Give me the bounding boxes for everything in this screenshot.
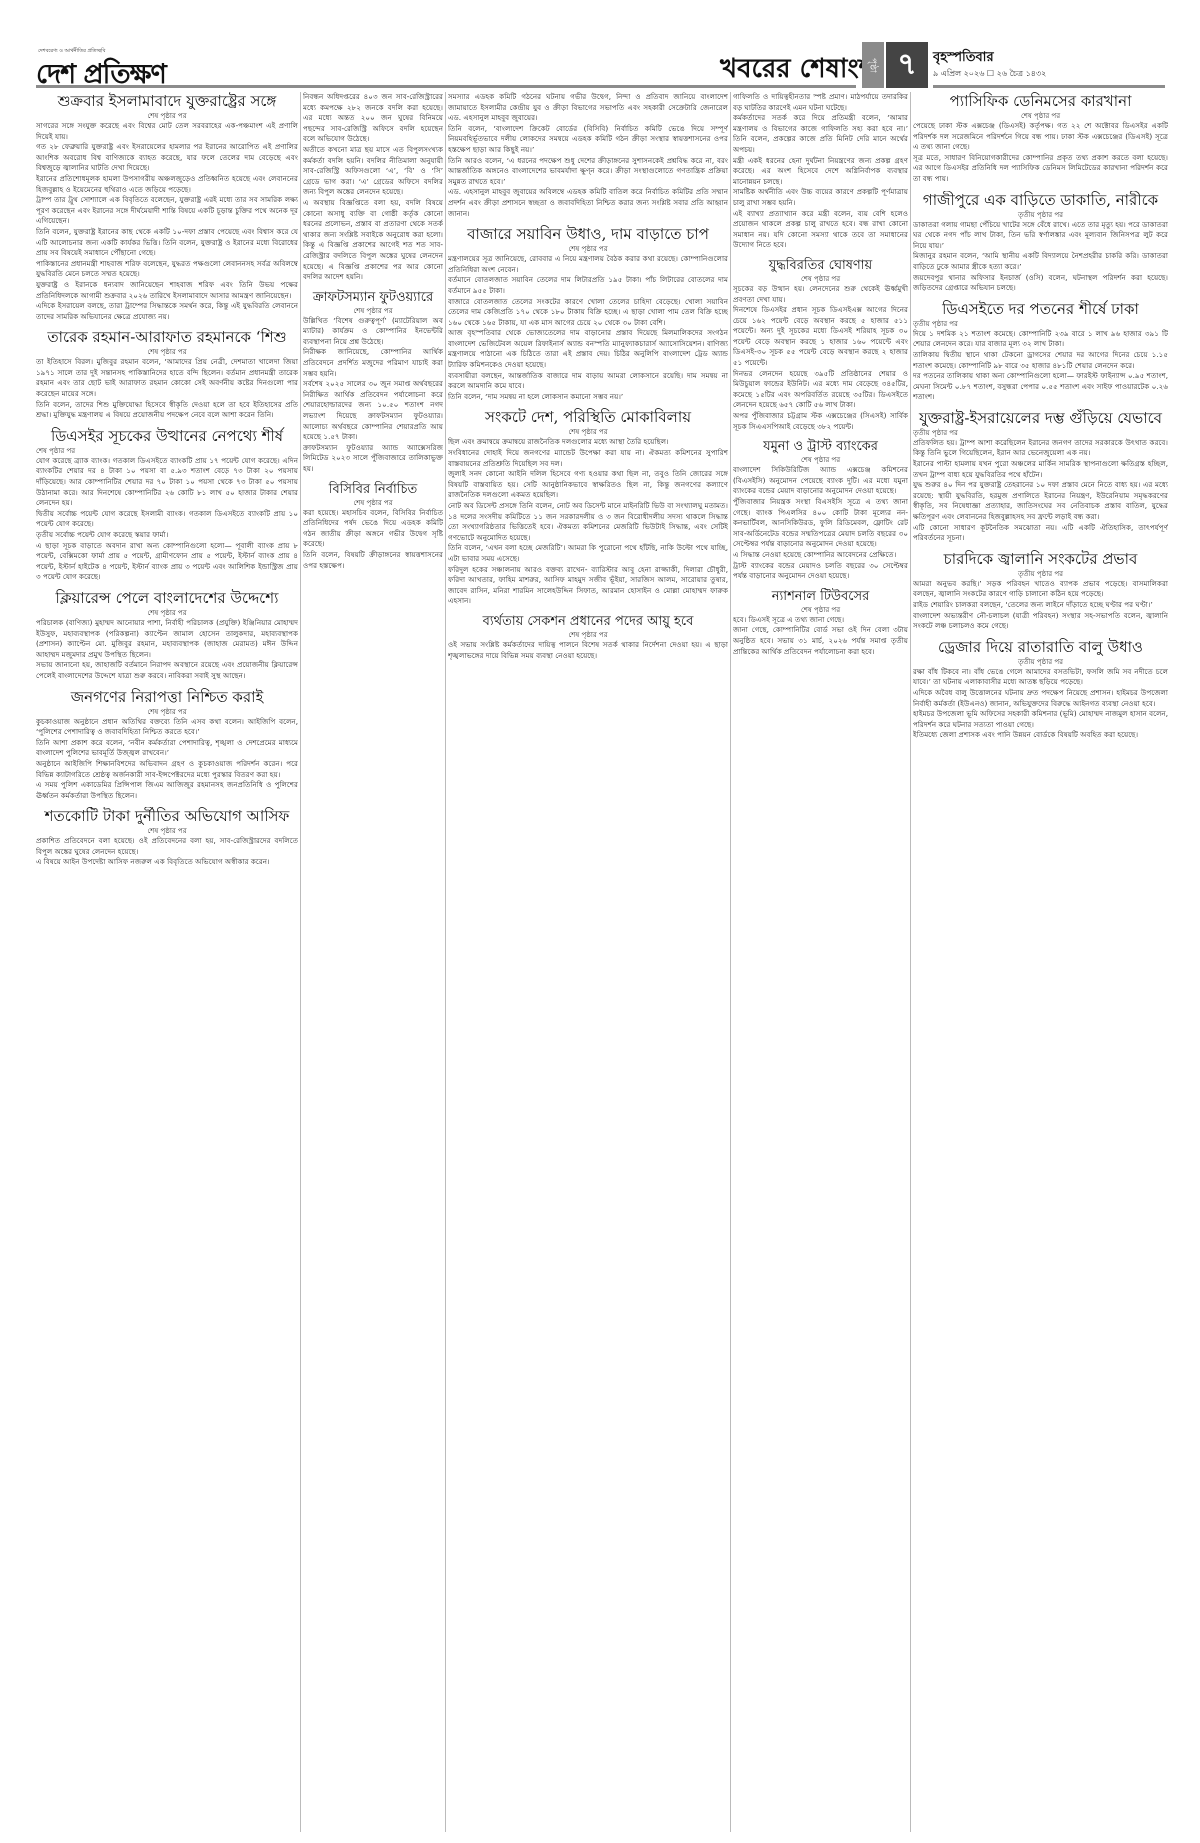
paragraph: তিনি বলেন, বিষয়টি ক্রীড়াঙ্গনের স্বায়ত… — [303, 550, 443, 571]
paragraph: তালিকায় দ্বিতীয় স্থানে থাকা টেকনো ড্রা… — [913, 350, 1168, 371]
paragraph: ব্যবসায়ীরা বলছেন, আন্তর্জাতিক বাজারে দা… — [448, 371, 728, 392]
continued-label: শেষ পৃষ্ঠার পর — [733, 274, 908, 284]
column-divider — [730, 92, 731, 1832]
paragraph: গত ২৮ ফেব্রুয়ারি যুক্তরাষ্ট্র এবং ইসরায… — [36, 142, 298, 174]
article-national-tubes[interactable]: ন্যাশনাল টিউবসের শেষ পৃষ্ঠার পর হবে। ডিএ… — [733, 588, 908, 657]
headline[interactable]: শতকোটি টাকা দুর্নীতির অভিযোগ আসিফ — [36, 807, 298, 826]
paragraph: ট্রাম্প তার ট্রুথ সোশ্যালে এক বিবৃতিতে ব… — [36, 195, 298, 227]
section-title: খবরের শেষাংশ — [720, 48, 874, 92]
paragraph: তিনি বলেন, যুক্তরাষ্ট্র ইরানের কাছ থেকে … — [36, 227, 298, 259]
paragraph: জানা গেছে, কোম্পানিটির বোর্ড সভা ওই দিন … — [733, 625, 908, 657]
paragraph: কুচকাওয়াজ অনুষ্ঠানে প্রধান অতিথির বক্তব… — [36, 717, 298, 738]
paragraph: সমস্যার এডহক কমিটি গঠনের ঘটনায় গভীর উদ্… — [448, 92, 728, 124]
paragraph: সামষ্টিক অর্থনীতি এবং উচ্চ ব্যয়ের কারণে… — [733, 187, 908, 208]
continued-label: শেষ পৃষ্ঠার পর — [36, 446, 298, 456]
headline[interactable]: যমুনা ও ট্রাস্ট ব্যাংকের — [733, 438, 908, 455]
column-5: প্যাসিফিক ডেনিমসের কারখানা শেষ পৃষ্ঠার প… — [913, 92, 1168, 1832]
continued-label: শেষ পৃষ্ঠার পর — [733, 605, 908, 615]
headline[interactable]: যুক্তরাষ্ট্র-ইসরায়েলের দম্ভ গুঁড়িয়ে য… — [913, 409, 1168, 428]
paragraph: ট্রাস্ট ব্যাংকের বন্ডের মেয়াদও চলতি বছর… — [733, 561, 908, 582]
article-craftsman-footwear[interactable]: ক্রাফটসম্যান ফুটওয়্যারে শেষ পৃষ্ঠার পর … — [303, 289, 443, 475]
paragraph: জয়দেবপুর থানার অফিসার ইনচার্জ (ওসি) বলে… — [913, 273, 1168, 294]
headline[interactable]: প্যাসিফিক ডেনিমসের কারখানা — [913, 92, 1168, 111]
column-1: শুক্রবার ইসলামাবাদে যুক্তরাষ্ট্রের সঙ্গে… — [36, 92, 298, 1832]
issue-day: বৃহস্পতিবার — [933, 48, 994, 69]
article-negligence[interactable]: গাফিলতি ও দায়িত্বহীনতার স্পষ্ট প্রমাণ। … — [733, 92, 908, 251]
paragraph: ডাকাতরা গলায় গামছা পেঁচিয়ে খাটের সঙ্গে… — [913, 220, 1168, 252]
paragraph: রক্ষা বাঁধ টিকবে না। বাঁধ ভেঙে গেলে আমাদ… — [913, 667, 1168, 688]
continued-label: শেষ পৃষ্ঠার পর — [36, 707, 298, 717]
continued-label: শেষ পৃষ্ঠার পর — [913, 111, 1168, 121]
continued-label: শেষ পৃষ্ঠার পর — [448, 630, 728, 640]
paragraph: এ ছাড়া সূচক বাড়াতে অবদান রাখা অন্য কোম… — [36, 541, 298, 583]
article-public-safety[interactable]: জনগণের নিরাপত্তা নিশ্চিত করাই শেষ পৃষ্ঠা… — [36, 688, 298, 802]
paragraph: মন্ত্রী একই ধরনের হেনা দুর্ঘটনা নিয়ন্ত্… — [733, 156, 908, 188]
article-subregistrar-transfer[interactable]: নিবন্ধন অধিদপ্তরের ৪০৩ জন সাব-রেজিস্ট্রা… — [303, 92, 443, 283]
headline[interactable]: ন্যাশনাল টিউবসের — [733, 588, 908, 605]
paragraph: সভায় জানানো হয়, জাহাজটি বর্তমানে নিরাপ… — [36, 660, 298, 681]
continued-label: শেষ পৃষ্ঠার পর — [36, 608, 298, 618]
page-label: পৃষ্ঠা — [862, 42, 884, 88]
paragraph: ফরিদুল হকের সঞ্চালনায় আরও বক্তব্য রাখেন… — [448, 565, 728, 607]
paragraph: কর্মকর্তাদের সতর্ক করে দিয়ে প্রতিমন্ত্র… — [733, 113, 908, 155]
paragraph: সর্বশেষ ২০২৫ সালের ৩০ জুন সমাপ্ত অর্থবছর… — [303, 379, 443, 443]
headline[interactable]: শুক্রবার ইসলামাবাদে যুক্তরাষ্ট্রের সঙ্গে — [36, 92, 298, 111]
headline[interactable]: গাজীপুরে এক বাড়িতে ডাকাতি, নারীকে — [913, 191, 1168, 210]
headline[interactable]: বাজারে সয়াবিন উধাও, দাম বাড়াতে চাপ — [448, 225, 728, 244]
paragraph: এ সিদ্ধান্ত নেওয়া হয়েছে কোম্পানির আবেদ… — [733, 550, 908, 561]
paragraph: পরিচালক (বাণিজ্য) মুহাম্মদ আনোয়ার পাশা,… — [36, 618, 298, 660]
continued-label: শেষ পৃষ্ঠার পর — [733, 455, 908, 465]
paragraph: এড. এহসানুল মাহবুব জুবায়ের অবিলম্বে এডহ… — [448, 187, 728, 219]
paragraph: আমরা অনুভব করছি।’ সড়ক পরিবহন খাতেও ব্যা… — [913, 579, 1168, 600]
headline[interactable]: ডিএসইর সূচকের উত্থানের নেপথ্যে শীর্ষ — [36, 427, 298, 446]
paragraph: দর পতনের তালিকায় থাকা অন্য কোম্পানিগুলো… — [913, 371, 1168, 403]
paragraph: তিনি বলেন, ‘এখন বলা হচ্ছে মেজরিটি’। আমরা… — [448, 543, 728, 564]
paragraph: এদিকে অবৈধ বালু উত্তোলনের ঘটনায় দ্রুত প… — [913, 688, 1168, 709]
article-islamabad-talks[interactable]: শুক্রবার ইসলামাবাদে যুক্তরাষ্ট্রের সঙ্গে… — [36, 92, 298, 322]
paragraph: বাংলাদেশ সিকিউরিটিজ অ্যান্ড এক্সচেঞ্জ কম… — [733, 465, 908, 497]
continued-label: শেষ পৃষ্ঠার পর — [36, 111, 298, 121]
paragraph: তৃতীয় সর্বোচ্চ পয়েন্ট যোগ করেছে স্কয়া… — [36, 530, 298, 541]
continued-label: তৃতীয় পৃষ্ঠার পর — [913, 657, 1168, 667]
article-tarek-arafat[interactable]: তারেক রহমান-আরাফাত রহমানকে ‘শিশু শেষ পৃষ… — [36, 328, 298, 421]
paragraph: বর্তমানে বোতলজাত সয়াবিন তেলের দাম লিটার… — [448, 275, 728, 296]
headline[interactable]: সংকটে দেশ, পরিস্থিতি মোকাবিলায় — [448, 408, 728, 427]
paragraph: সাগরের সঙ্গে সংযুক্ত করেছে এবং বিশ্বের ম… — [36, 121, 298, 142]
column-divider — [910, 92, 911, 1832]
paragraph: যুক্তরাষ্ট্র ও ইরানকে ধন্যবাদ জানিয়েছেন… — [36, 280, 298, 301]
paragraph: পুঁজিবাজার নিয়ন্ত্রক সংস্থা বিএসইসি সূত… — [733, 497, 908, 550]
paragraph: পেয়েছে ঢাকা স্টক এক্সচেঞ্জ (ডিএসই) কর্ত… — [913, 121, 1168, 153]
paragraph: নিবন্ধন অধিদপ্তরের ৪০৩ জন সাব-রেজিস্ট্রা… — [303, 92, 443, 145]
paragraph: দিয়ে ১ দশমিক ২১ শতাংশ কমেছে। কোম্পানিটি… — [913, 329, 1168, 350]
headline[interactable]: ক্রাফটসম্যান ফুটওয়্যারে — [303, 289, 443, 306]
continued-label: শেষ পৃষ্ঠার পর — [303, 498, 443, 508]
paragraph: প্রতিফলিত হয়। ট্রাম্প আশা করেছিলেন ইরান… — [913, 438, 1168, 459]
paragraph: দ্বিতীয় সর্বোচ্চ পয়েন্ট যোগ করেছে ইসলা… — [36, 509, 298, 530]
paragraph: উল্লিখিত ‘বিশেষ গুরুত্বপূর্ণ’ (ম্যাটেরিয… — [303, 316, 443, 348]
article-section-chief[interactable]: ব্যর্থতায় সেকশন প্রধানের পদের আয়ু হবে … — [448, 613, 728, 661]
paragraph: অনুষ্ঠানে আইজিপি শিক্ষানবিশদের অভিবাদন গ… — [36, 759, 298, 780]
paragraph: এ সময় পুলিশ একাডেমির প্রিন্সিপাল জিএম আ… — [36, 780, 298, 801]
paragraph: অতীতে কখনো মাত্র ছয় মাসে এত বিপুলসংখ্যক… — [303, 145, 443, 198]
column-divider — [300, 92, 301, 1832]
paragraph: ছিল এবং ক্রমান্বয়ে ক্রমান্বয়ে রাজনৈতিক… — [448, 437, 728, 448]
paragraph: ক্রাফটসম্যান ফুটওয়্যার অ্যান্ড অ্যাক্সে… — [303, 443, 443, 475]
paragraph: মন্ত্রণালয়ের সূত্র জানিয়েছে, রোববার এ … — [448, 254, 728, 275]
paragraph: সূত্র মতে, সাধারণ বিনিয়োগকারীদের কোম্পা… — [913, 153, 1168, 185]
paragraph: করা হয়েছে। মহাসচিব বলেন, বিসিবির নির্বা… — [303, 508, 443, 550]
paragraph: তিনি আশা প্রকাশ করে বলেন, ‘নবীন কর্মকর্ত… — [36, 738, 298, 759]
article-corruption-asif[interactable]: শতকোটি টাকা দুর্নীতির অভিযোগ আসিফ শেষ পৃ… — [36, 807, 298, 868]
column-divider — [445, 92, 446, 1832]
headline[interactable]: জনগণের নিরাপত্তা নিশ্চিত করাই — [36, 688, 298, 707]
column-3: সমস্যার এডহক কমিটি গঠনের ঘটনায় গভীর উদ্… — [448, 92, 728, 1832]
paragraph: এই ব্যাখ্যা প্রত্যাখ্যান করে মন্ত্রী বলে… — [733, 209, 908, 251]
paragraph: দিনশেষে ডিএসইর প্রধান সূচক ডিএসইএক্স আগে… — [733, 305, 908, 369]
continued-label: শেষ পৃষ্ঠার পর — [303, 306, 443, 316]
paragraph: তিনি বলেন, তাদের শিশু মুক্তিযোদ্ধা হিসেব… — [36, 400, 298, 421]
headline[interactable]: ব্যর্থতায় সেকশন প্রধানের পদের আয়ু হবে — [448, 613, 728, 630]
paragraph: নিরীক্ষক জানিয়েছে, কোম্পানির আর্থিক প্র… — [303, 347, 443, 379]
headline[interactable]: ড্রেজার দিয়ে রাতারাতি বালু উধাও — [913, 638, 1168, 657]
article-us-israel-arrogance[interactable]: যুক্তরাষ্ট্র-ইসরায়েলের দম্ভ গুঁড়িয়ে য… — [913, 409, 1168, 544]
date-rule — [933, 85, 1165, 88]
article-dredger-sand[interactable]: ড্রেজার দিয়ে রাতারাতি বালু উধাও তৃতীয় … — [913, 638, 1168, 741]
continued-label: তৃতীয় পৃষ্ঠার পর — [913, 569, 1168, 579]
column-4: গাফিলতি ও দায়িত্বহীনতার স্পষ্ট প্রমাণ। … — [733, 92, 908, 1832]
continued-label: তৃতীয় পৃষ্ঠার পর — [913, 319, 1168, 329]
headline[interactable]: যুদ্ধবিরতির ঘোষণায় — [733, 257, 908, 274]
paragraph: নোট অব ডিসেন্ট প্রসঙ্গে তিনি বলেন, নোট অ… — [448, 501, 728, 543]
issue-date: ৯ এপ্রিল ২০২৬ ☐ ২৬ চৈত্র ১৪৩২ — [933, 68, 1046, 81]
paragraph: বাংলাদেশ অভ্যন্তরীণ নৌ-চলাচল (যাত্রী পরি… — [913, 611, 1168, 632]
paragraph: ইরানের প্রতিশোধমূলক হামলা উপসাগরীয় অঞ্চ… — [36, 174, 298, 195]
paragraph: তিনি আরও বলেন, ‘এ ধরনের পদক্ষেপ শুধু দেশ… — [448, 156, 728, 188]
paragraph: পাকিস্তানের প্রধানমন্ত্রী শাহবাজ শরিফ বল… — [36, 259, 298, 280]
paragraph: বাজারে বোতলজাত তেলের সংকটের কারণে খোলা ত… — [448, 297, 728, 329]
article-jamuna-trust-bank[interactable]: যমুনা ও ট্রাস্ট ব্যাংকের শেষ পৃষ্ঠার পর … — [733, 438, 908, 582]
article-dse-decliners[interactable]: ডিএসইতে দর পতনের শীর্ষে ঢাকা তৃতীয় পৃষ্… — [913, 300, 1168, 403]
paragraph: তিনি বলেন, ‘দাম সমন্বয় না হলে লোকসান কম… — [448, 392, 728, 403]
article-fuel-crisis[interactable]: চারদিকে জ্বালানি সংকটের প্রভাব তৃতীয় পৃ… — [913, 550, 1168, 632]
paragraph: তিনি বলেন, ‘বাংলাদেশ ক্রিকেট বোর্ডের (বি… — [448, 124, 728, 156]
article-pacific-denims[interactable]: প্যাসিফিক ডেনিমসের কারখানা শেষ পৃষ্ঠার প… — [913, 92, 1168, 185]
paragraph: হাইমচর উপজেলা ভূমি অফিসের সহকারী কমিশনার… — [913, 709, 1168, 730]
page-number: ৭ — [886, 42, 928, 88]
column-2: নিবন্ধন অধিদপ্তরের ৪০৩ জন সাব-রেজিস্ট্রা… — [303, 92, 443, 1832]
paragraph: যুদ্ধ শুরুর ৪০ দিন পর যুক্তরাষ্ট্র তেহরা… — [913, 480, 1168, 522]
paragraph: এ বিষয়ে আইন উপদেষ্টা আসিফ নজরুল এক বিবৃ… — [36, 857, 298, 868]
paragraph: এটি কোনো সাধারণ কূটনৈতিক সমঝোতা নয়। এটি… — [913, 523, 1168, 544]
paragraph: অপর পুঁজিবাজার চট্টগ্রাম স্টক এক্সচেঞ্জে… — [733, 411, 908, 432]
paragraph: এ অবস্থায় বিজ্ঞপ্তিতে বলা হয়, বদলি বিষ… — [303, 198, 443, 283]
article-gazipur-robbery[interactable]: গাজীপুরে এক বাড়িতে ডাকাতি, নারীকে তৃতীয… — [913, 191, 1168, 294]
article-country-crisis[interactable]: সংকটে দেশ, পরিস্থিতি মোকাবিলায় শেষ পৃষ্… — [448, 408, 728, 607]
article-soybean-oil[interactable]: বাজারে সয়াবিন উধাও, দাম বাড়াতে চাপ শেষ… — [448, 225, 728, 402]
continued-label: শেষ পৃষ্ঠার পর — [36, 347, 298, 357]
paragraph: রাইড শেয়ারিং চালকরা বলছেন, ‘তেলের জন্য … — [913, 600, 1168, 611]
paragraph: তা ইতিহাসে বিরল। মুজিবুর রহমান বলেন, ‘আম… — [36, 357, 298, 399]
headline[interactable]: বিসিবির নির্বাচিত — [303, 481, 443, 498]
continued-label: শেষ পৃষ্ঠার পর — [448, 427, 728, 437]
paragraph: হবে। ডিএসই সূত্রে এ তথ্য জানা গেছে। — [733, 615, 908, 626]
continued-label: তৃতীয় পৃষ্ঠার পর — [913, 210, 1168, 220]
paragraph: দিনভর লেনদেন হয়েছে ৩৯৫টি প্রতিষ্ঠানের শ… — [733, 369, 908, 411]
paragraph: ওই সভায় সংশ্লিষ্ট কর্মকর্তাদের দায়িত্ব… — [448, 640, 728, 661]
continued-label: তৃতীয় পৃষ্ঠার পর — [913, 428, 1168, 438]
paragraph: ইতিমধ্যে জেলা প্রশাসক এবং পানি উন্নয়ন ব… — [913, 730, 1168, 741]
paragraph: প্রকাশিত প্রতিবেদনে বলা হয়েছে। ওই প্রতি… — [36, 836, 298, 857]
continued-label: শেষ পৃষ্ঠার পর — [36, 826, 298, 836]
article-bcb-adhoc[interactable]: সমস্যার এডহক কমিটি গঠনের ঘটনায় গভীর উদ্… — [448, 92, 728, 219]
paragraph: আজ বৃহস্পতিবার থেকে ভোজ্যতেলের দাম বাড়া… — [448, 328, 728, 370]
paragraph: এদিকে ইসরায়েল বলছে, তারা ট্রাম্পের সিদ্… — [36, 301, 298, 322]
continued-label: শেষ পৃষ্ঠার পর — [448, 244, 728, 254]
masthead: দেশবরেণ্য ও আর্থনীতির প্রতিচ্ছবি দেশ প্র… — [0, 0, 1200, 90]
article-ceasefire-market[interactable]: যুদ্ধবিরতির ঘোষণায় শেষ পৃষ্ঠার পর সূচকে… — [733, 257, 908, 432]
article-clearance-ship[interactable]: ক্লিয়ারেন্স পেলে বাংলাদেশের উদ্দেশ্যে শ… — [36, 589, 298, 682]
headline[interactable]: ডিএসইতে দর পতনের শীর্ষে ঢাকা — [913, 300, 1168, 319]
paragraph: ইরানের পাল্টা হামলায় যখন পুরো অঞ্চলের ম… — [913, 459, 1168, 480]
paragraph: যোগ করেছে ব্র্যাক ব্যাংক। গতকাল ডিএসইতে … — [36, 456, 298, 509]
paragraph: সংবিধানের দোহাই দিয়ে জনগণের ম্যান্ডেট উ… — [448, 448, 728, 469]
paragraph: মিজানুর রহমান বলেন, ‘আমি স্থানীয় একটি ব… — [913, 251, 1168, 272]
paragraph: সূচকের বড় উত্থান হয়। লেনদেনের শুরু থেক… — [733, 284, 908, 305]
article-bcb-elected[interactable]: বিসিবির নির্বাচিত শেষ পৃষ্ঠার পর করা হয়… — [303, 481, 443, 572]
headline[interactable]: চারদিকে জ্বালানি সংকটের প্রভাব — [913, 550, 1168, 569]
headline[interactable]: তারেক রহমান-আরাফাত রহমানকে ‘শিশু — [36, 328, 298, 347]
headline[interactable]: ক্লিয়ারেন্স পেলে বাংলাদেশের উদ্দেশ্যে — [36, 589, 298, 608]
paragraph: জুলাই সনদ কোনো আইনি দলিল হিসেবে গণ্য হওয… — [448, 469, 728, 501]
article-dse-index-rise[interactable]: ডিএসইর সূচকের উত্থানের নেপথ্যে শীর্ষ শেষ… — [36, 427, 298, 583]
paragraph: গাফিলতি ও দায়িত্বহীনতার স্পষ্ট প্রমাণ। … — [733, 92, 908, 113]
